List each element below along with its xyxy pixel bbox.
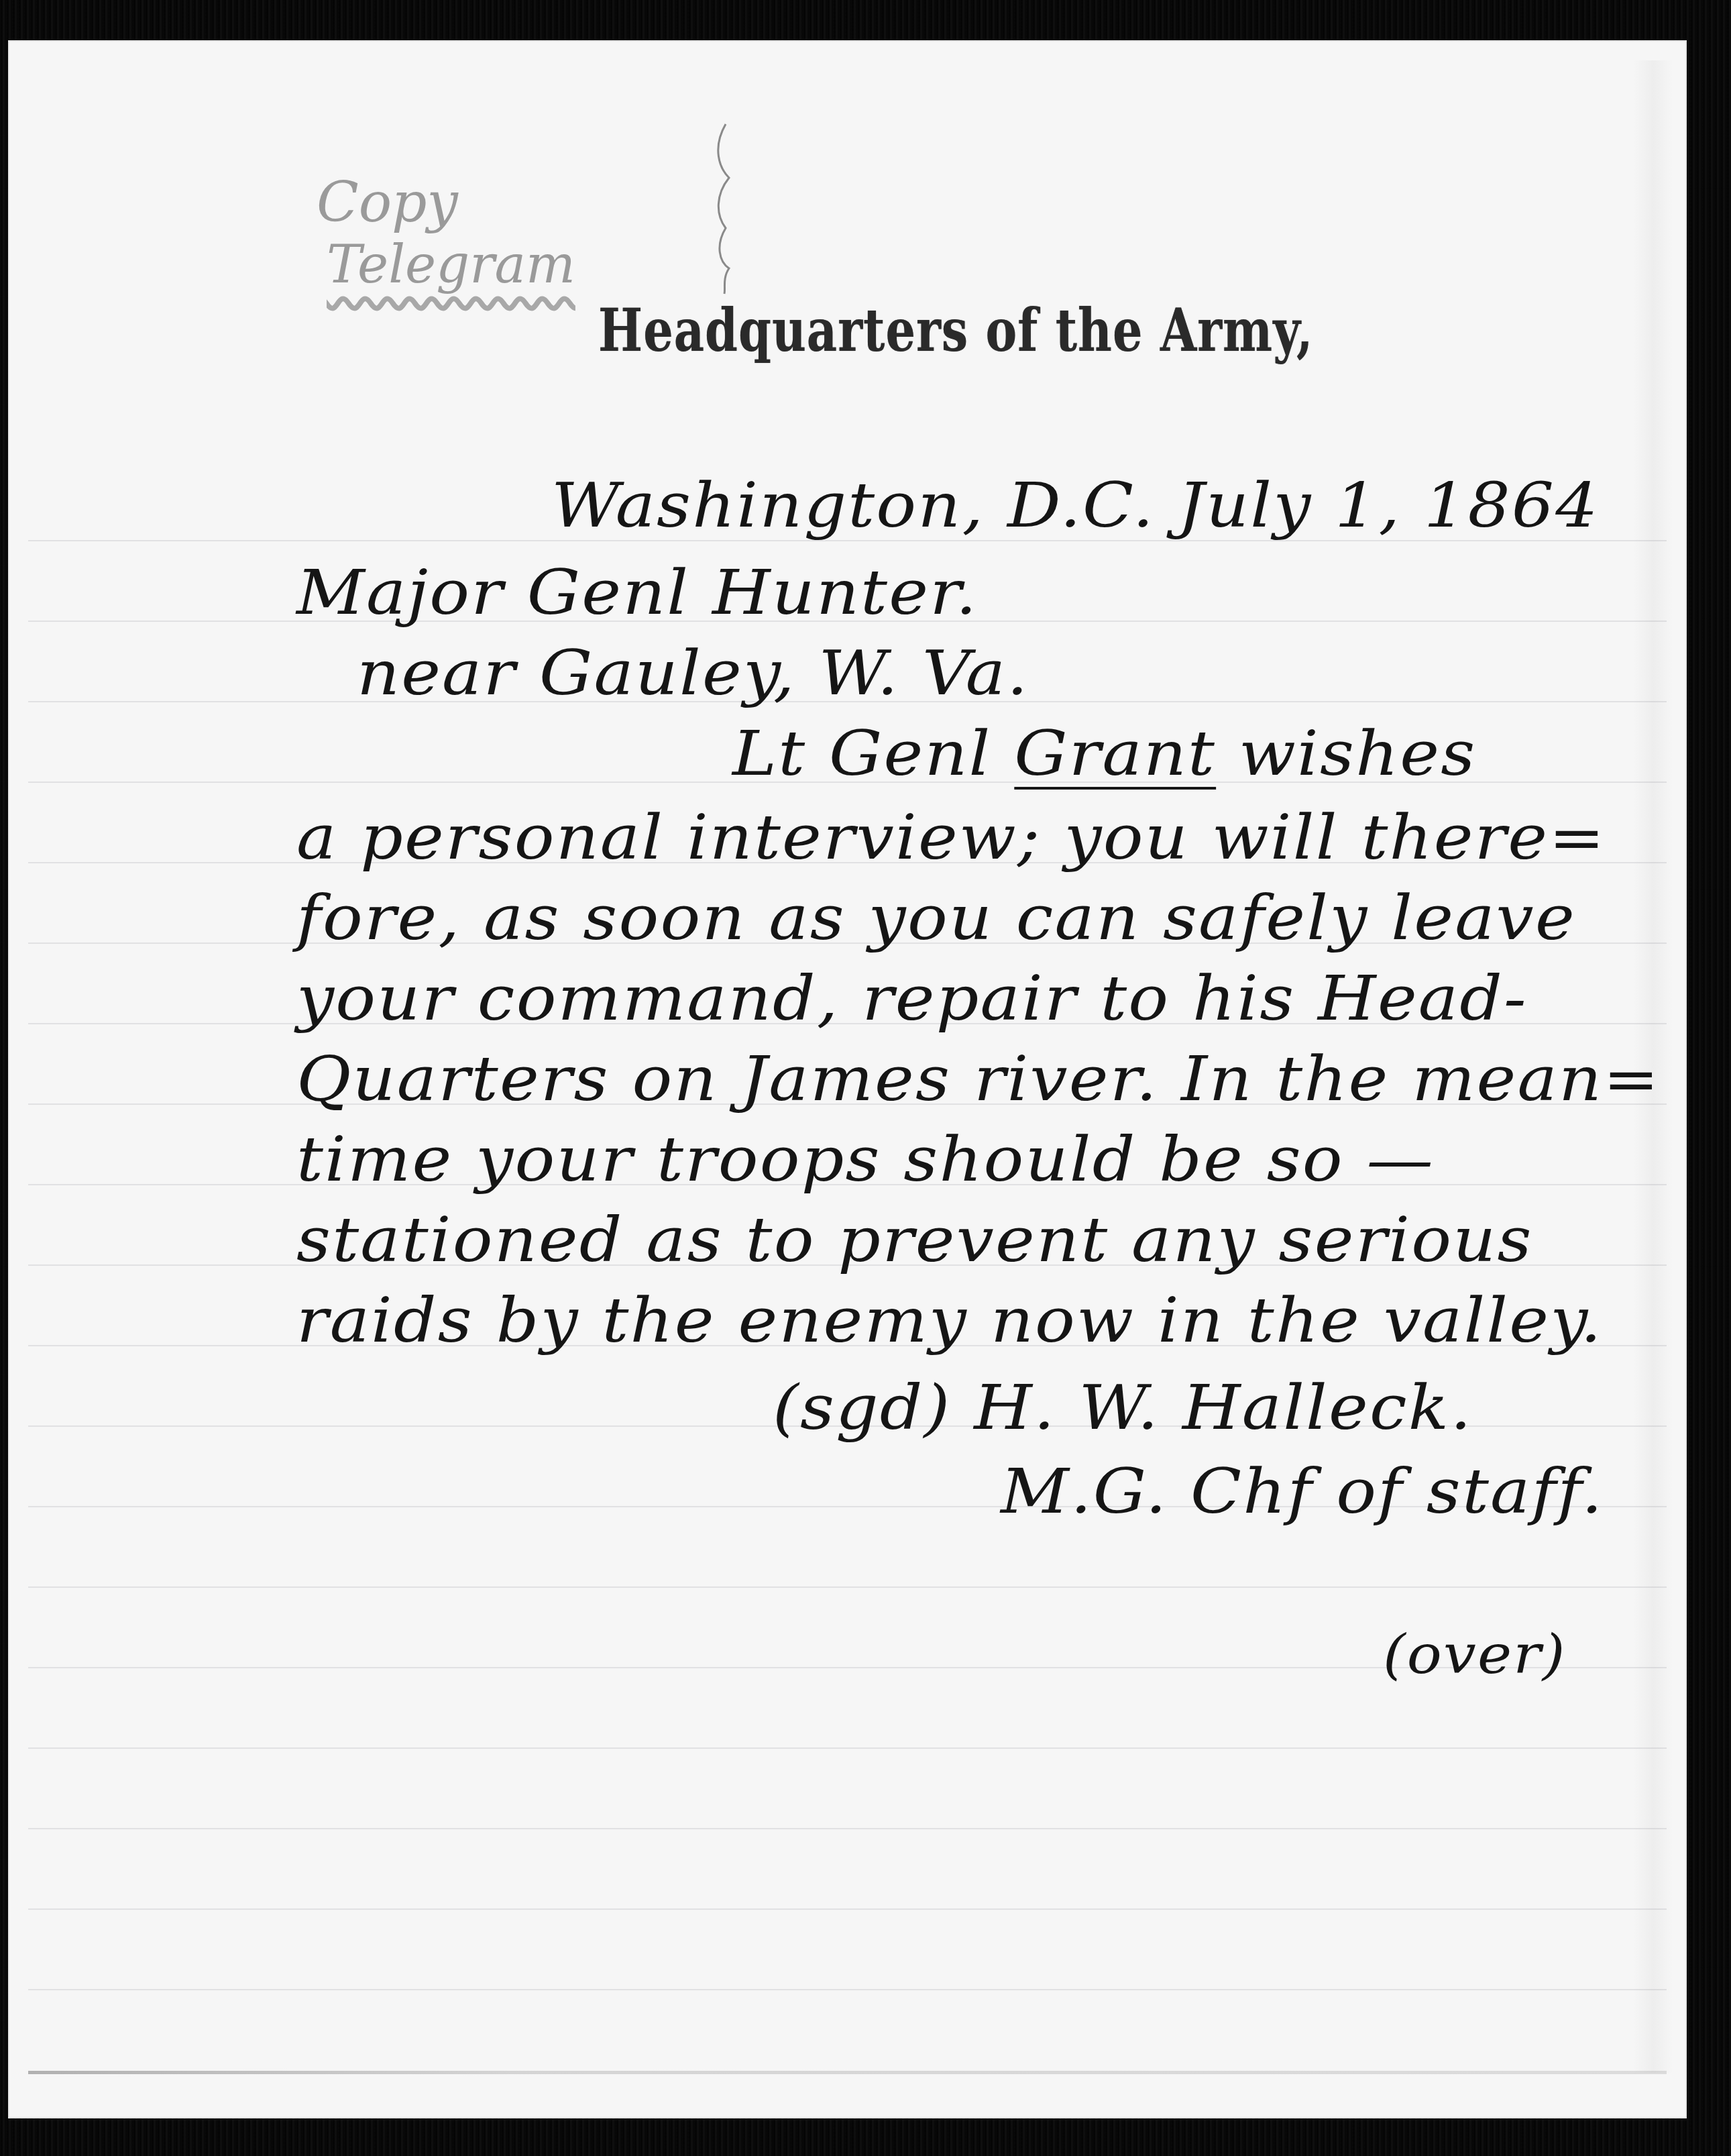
recipient-location: near Gauley, W. Va.: [357, 637, 1029, 709]
body-line-1-post: wishes: [1216, 718, 1476, 790]
ruled-line: [28, 1586, 1667, 1588]
body-line-1-pre: Lt Genl: [732, 718, 1014, 790]
body-line-3: fore, as soon as you can safely leave: [296, 882, 1576, 954]
ruled-line: [28, 1747, 1667, 1749]
signature-title: M.G. Chf of staff.: [1001, 1456, 1604, 1527]
body-line-1: Lt Genl Grant wishes: [732, 718, 1476, 790]
recipient-name: Major Genl Hunter.: [296, 557, 979, 629]
body-line-8: raids by the enemy now in the valley.: [296, 1285, 1603, 1356]
body-line-4: your command, repair to his Head-: [296, 963, 1528, 1034]
ruled-line: [28, 1828, 1667, 1829]
letterhead-title: Headquarters of the Army,: [598, 295, 1314, 365]
dateline: Washington, D.C. July 1, 1864: [551, 470, 1600, 541]
body-line-5: Quarters on James river. In the mean=: [296, 1043, 1661, 1115]
telegram-annotation: Telegram: [327, 235, 575, 295]
over-note: (over): [1383, 1623, 1567, 1686]
bracket-squiggle-mark: [706, 121, 746, 295]
letter-page: Copy Telegram Headquarters of the Army, …: [8, 40, 1687, 2118]
body-line-7: stationed as to prevent any serious: [296, 1204, 1533, 1276]
body-line-6: time your troops should be so —: [296, 1124, 1435, 1195]
signature-name: (sgd) H. W. Halleck.: [773, 1372, 1473, 1444]
ruled-line: [28, 1908, 1667, 1910]
copy-annotation: Copy: [317, 171, 458, 235]
body-line-2: a personal interview; you will there=: [296, 802, 1606, 873]
ruled-line: [28, 1989, 1667, 1990]
underlined-name-grant: Grant: [1014, 718, 1216, 790]
bottom-margin-line: [28, 2071, 1667, 2074]
